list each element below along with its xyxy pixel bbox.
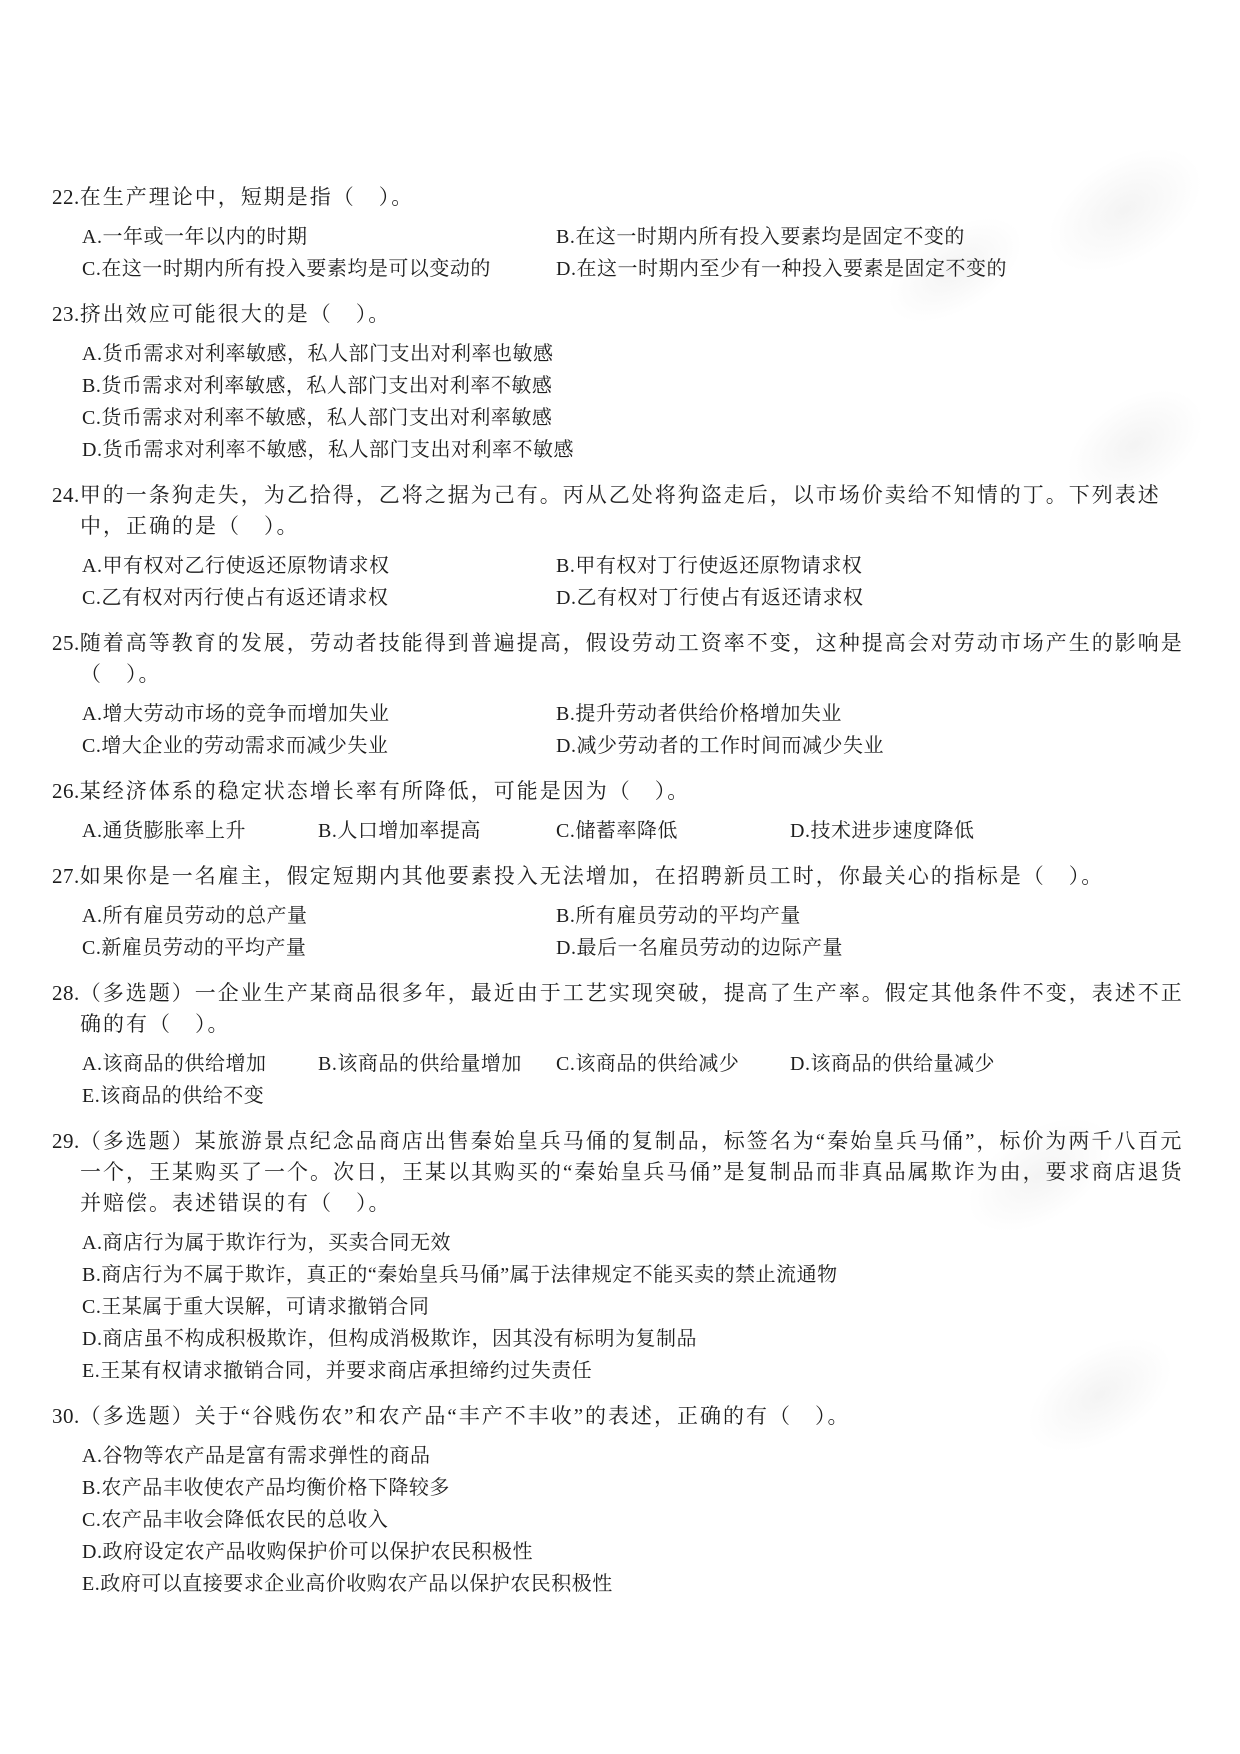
question-number: 22.	[52, 185, 80, 209]
option-d: D.商店虽不构成积极欺诈，但构成消极欺诈，因其没有标明为复制品	[82, 1323, 1194, 1355]
question-30: 30.（多选题）关于“谷贱伤农”和农产品“丰产不丰收”的表述，正确的有（ ）。 …	[52, 1401, 1194, 1600]
question-number: 27.	[52, 864, 80, 888]
question-options: A.一年或一年以内的时期 B.在这一时期内所有投入要素均是固定不变的 C.在这一…	[52, 221, 1194, 285]
question-options: A.该商品的供给增加 B.该商品的供给量增加 C.该商品的供给减少 D.该商品的…	[52, 1048, 1194, 1112]
option-e: E.王某有权请求撤销合同，并要求商店承担缔约过失责任	[82, 1355, 1194, 1387]
question-number: 25.	[52, 631, 80, 655]
answer-blank: （ ）。	[609, 779, 691, 803]
question-stem-text: 挤出效应可能很大的是	[80, 302, 310, 326]
option-c: C.储蓄率降低	[556, 815, 790, 847]
question-26: 26.某经济体系的稳定状态增长率有所降低，可能是因为（ ）。 A.通货膨胀率上升…	[52, 776, 1194, 847]
answer-blank: （ ）。	[333, 185, 415, 209]
option-b: B.在这一时期内所有投入要素均是固定不变的	[556, 221, 1194, 253]
option-d: D.货币需求对利率不敏感，私人部门支出对利率不敏感	[82, 434, 1194, 466]
option-d: D.政府设定农产品收购保护价可以保护农民积极性	[82, 1536, 1194, 1568]
option-d: D.乙有权对丁行使占有返还请求权	[556, 582, 1194, 614]
option-a: A.通货膨胀率上升	[82, 815, 318, 847]
question-stem: 27.如果你是一名雇主，假定短期内其他要素投入无法增加，在招聘新员工时，你最关心…	[52, 861, 1194, 892]
exam-page: 22.在生产理论中，短期是指（ ）。 A.一年或一年以内的时期 B.在这一时期内…	[0, 0, 1240, 1754]
question-stem-text: 某经济体系的稳定状态增长率有所降低，可能是因为	[80, 779, 609, 803]
option-b: B.提升劳动者供给价格增加失业	[556, 698, 1194, 730]
answer-blank: （ ）。	[149, 1012, 231, 1036]
option-d: D.技术进步速度降低	[790, 815, 1194, 847]
question-stem: 30.（多选题）关于“谷贱伤农”和农产品“丰产不丰收”的表述，正确的有（ ）。	[52, 1401, 1194, 1432]
option-a: A.甲有权对乙行使返还原物请求权	[82, 550, 556, 582]
option-c: C.王某属于重大误解，可请求撤销合同	[82, 1291, 1194, 1323]
answer-blank: （ ）。	[80, 662, 162, 686]
option-a: A.增大劳动市场的竞争而增加失业	[82, 698, 556, 730]
question-stem: 26.某经济体系的稳定状态增长率有所降低，可能是因为（ ）。	[52, 776, 1194, 807]
question-options: A.通货膨胀率上升 B.人口增加率提高 C.储蓄率降低 D.技术进步速度降低	[52, 815, 1194, 847]
option-a: A.所有雇员劳动的总产量	[82, 900, 556, 932]
question-stem: 29.（多选题）某旅游景点纪念品商店出售秦始皇兵马俑的复制品，标签名为“秦始皇兵…	[52, 1126, 1194, 1219]
question-options: A.所有雇员劳动的总产量 B.所有雇员劳动的平均产量 C.新雇员劳动的平均产量 …	[52, 900, 1194, 964]
question-options: A.谷物等农产品是富有需求弹性的商品 B.农产品丰收使农产品均衡价格下降较多 C…	[52, 1440, 1194, 1600]
question-stem: 23.挤出效应可能很大的是（ ）。	[52, 299, 1194, 330]
option-b: B.该商品的供给量增加	[318, 1048, 556, 1080]
question-number: 28.	[52, 981, 80, 1005]
question-28: 28.（多选题）一企业生产某商品很多年，最近由于工艺实现突破，提高了生产率。假定…	[52, 978, 1194, 1112]
option-d: D.该商品的供给量减少	[790, 1048, 1194, 1080]
option-a: A.商店行为属于欺诈行为，买卖合同无效	[82, 1227, 1194, 1259]
option-b: B.所有雇员劳动的平均产量	[556, 900, 1194, 932]
option-c: C.货币需求对利率不敏感，私人部门支出对利率敏感	[82, 402, 1194, 434]
question-options: A.商店行为属于欺诈行为，买卖合同无效 B.商店行为不属于欺诈，真正的“秦始皇兵…	[52, 1227, 1194, 1387]
question-stem-text: （多选题）关于“谷贱伤农”和农产品“丰产不丰收”的表述，正确的有	[80, 1404, 769, 1428]
option-b: B.甲有权对丁行使返还原物请求权	[556, 550, 1194, 582]
question-27: 27.如果你是一名雇主，假定短期内其他要素投入无法增加，在招聘新员工时，你最关心…	[52, 861, 1194, 964]
question-stem-text: 在生产理论中，短期是指	[80, 185, 333, 209]
option-c: C.乙有权对丙行使占有返还请求权	[82, 582, 556, 614]
option-b: B.人口增加率提高	[318, 815, 556, 847]
question-22: 22.在生产理论中，短期是指（ ）。 A.一年或一年以内的时期 B.在这一时期内…	[52, 182, 1194, 285]
option-c: C.该商品的供给减少	[556, 1048, 790, 1080]
question-number: 30.	[52, 1404, 80, 1428]
question-options: A.甲有权对乙行使返还原物请求权 B.甲有权对丁行使返还原物请求权 C.乙有权对…	[52, 550, 1194, 614]
option-a: A.货币需求对利率敏感，私人部门支出对利率也敏感	[82, 338, 1194, 370]
answer-blank: （ ）。	[310, 302, 392, 326]
question-stem: 24.甲的一条狗走失，为乙拾得，乙将之据为己有。丙从乙处将狗盗走后，以市场价卖给…	[52, 480, 1194, 542]
question-number: 24.	[52, 483, 80, 507]
option-b: B.货币需求对利率敏感，私人部门支出对利率不敏感	[82, 370, 1194, 402]
question-stem: 22.在生产理论中，短期是指（ ）。	[52, 182, 1194, 213]
question-number: 29.	[52, 1129, 80, 1153]
question-24: 24.甲的一条狗走失，为乙拾得，乙将之据为己有。丙从乙处将狗盗走后，以市场价卖给…	[52, 480, 1194, 614]
option-e: E.该商品的供给不变	[82, 1080, 318, 1112]
question-options: A.货币需求对利率敏感，私人部门支出对利率也敏感 B.货币需求对利率敏感，私人部…	[52, 338, 1194, 466]
question-stem-text: 如果你是一名雇主，假定短期内其他要素投入无法增加，在招聘新员工时，你最关心的指标…	[80, 864, 1023, 888]
option-d: D.减少劳动者的工作时间而减少失业	[556, 730, 1194, 762]
question-stem-text: （多选题）一企业生产某商品很多年，最近由于工艺实现突破，提高了生产率。假定其他条…	[80, 981, 1184, 1036]
option-c: C.新雇员劳动的平均产量	[82, 932, 556, 964]
option-d: D.最后一名雇员劳动的边际产量	[556, 932, 1194, 964]
answer-blank: （ ）。	[1023, 864, 1105, 888]
option-b: B.商店行为不属于欺诈，真正的“秦始皇兵马俑”属于法律规定不能买卖的禁止流通物	[82, 1259, 1194, 1291]
option-a: A.一年或一年以内的时期	[82, 221, 556, 253]
option-b: B.农产品丰收使农产品均衡价格下降较多	[82, 1472, 1194, 1504]
answer-blank: （ ）。	[769, 1404, 851, 1428]
question-stem: 28.（多选题）一企业生产某商品很多年，最近由于工艺实现突破，提高了生产率。假定…	[52, 978, 1194, 1040]
option-c: C.增大企业的劳动需求而减少失业	[82, 730, 556, 762]
question-number: 23.	[52, 302, 80, 326]
question-23: 23.挤出效应可能很大的是（ ）。 A.货币需求对利率敏感，私人部门支出对利率也…	[52, 299, 1194, 466]
question-29: 29.（多选题）某旅游景点纪念品商店出售秦始皇兵马俑的复制品，标签名为“秦始皇兵…	[52, 1126, 1194, 1387]
option-a: A.谷物等农产品是富有需求弹性的商品	[82, 1440, 1194, 1472]
answer-blank: （ ）。	[310, 1191, 392, 1215]
option-e: E.政府可以直接要求企业高价收购农产品以保护农民积极性	[82, 1568, 1194, 1600]
question-stem-text: （多选题）某旅游景点纪念品商店出售秦始皇兵马俑的复制品，标签名为“秦始皇兵马俑”…	[80, 1129, 1184, 1215]
question-options: A.增大劳动市场的竞争而增加失业 B.提升劳动者供给价格增加失业 C.增大企业的…	[52, 698, 1194, 762]
option-a: A.该商品的供给增加	[82, 1048, 318, 1080]
option-c: C.农产品丰收会降低农民的总收入	[82, 1504, 1194, 1536]
question-25: 25.随着高等教育的发展，劳动者技能得到普遍提高，假设劳动工资率不变，这种提高会…	[52, 628, 1194, 762]
question-stem: 25.随着高等教育的发展，劳动者技能得到普遍提高，假设劳动工资率不变，这种提高会…	[52, 628, 1194, 690]
answer-blank: （ ）。	[218, 514, 300, 538]
option-c: C.在这一时期内所有投入要素均是可以变动的	[82, 253, 556, 285]
question-number: 26.	[52, 779, 80, 803]
question-stem-text: 随着高等教育的发展，劳动者技能得到普遍提高，假设劳动工资率不变，这种提高会对劳动…	[80, 631, 1184, 655]
option-d: D.在这一时期内至少有一种投入要素是固定不变的	[556, 253, 1194, 285]
